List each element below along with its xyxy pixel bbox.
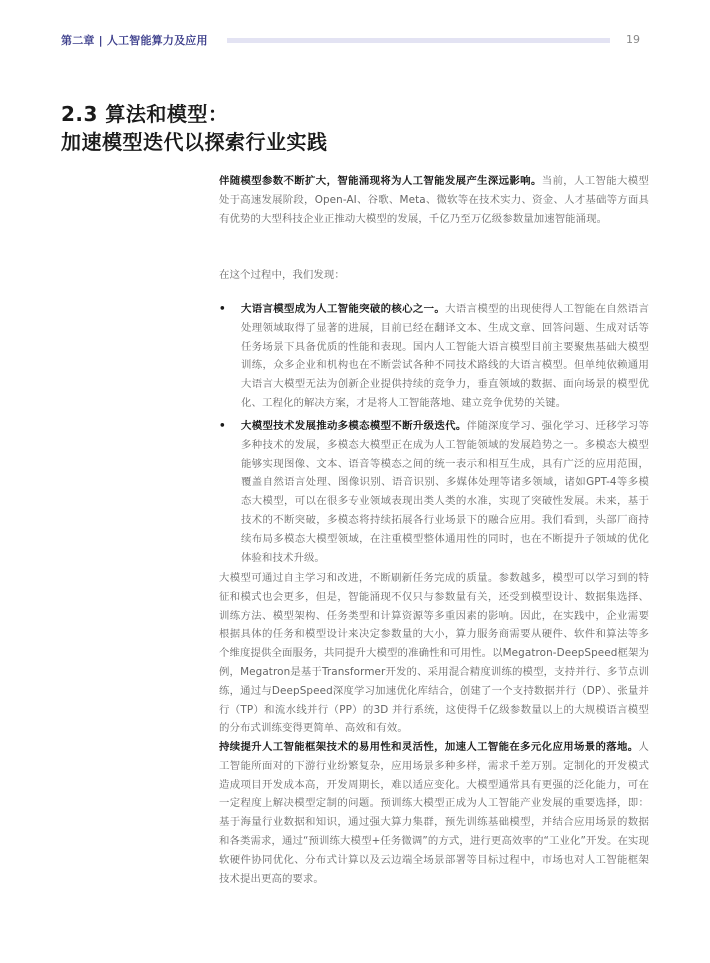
bullet-paragraph: •大模型技术发展推动多模态模型不断升级迭代。伴随深度学习、强化学习、迁移学习等多… bbox=[219, 417, 649, 567]
framework-text: 人工智能所面对的下游行业纷繁复杂，应用场景多种多样，需求千差万别。定制化的开发模… bbox=[219, 741, 649, 885]
chapter-label: 第二章 | 人工智能算力及应用 bbox=[61, 32, 208, 48]
framework-paragraph: 持续提升人工智能框架技术的易用性和灵活性，加速人工智能在多元化应用场景的落地。人… bbox=[219, 738, 649, 888]
body-text-block-4: 持续提升人工智能框架技术的易用性和灵活性，加速人工智能在多元化应用场景的落地。人… bbox=[219, 738, 649, 888]
header-divider-bar bbox=[227, 38, 610, 43]
bullet-list-item-2: •大模型技术发展推动多模态模型不断升级迭代。伴随深度学习、强化学习、迁移学习等多… bbox=[219, 417, 649, 567]
bullet-bold-lead: 大语言模型成为人工智能突破的核心之一。 bbox=[241, 303, 445, 315]
intro-bold-lead: 伴随模型参数不断扩大，智能涌现将为人工智能发展产生深远影响。 bbox=[219, 175, 542, 187]
page-number: 19 bbox=[626, 33, 640, 46]
body-text-block-3: 大模型可通过自主学习和改进，不断刷新任务完成的质量。参数越多，模型可以学习到的特… bbox=[219, 569, 649, 738]
bullet-text: 大语言模型的出现使得人工智能在自然语言处理领域取得了显著的进展，目前已经在翻译文… bbox=[241, 303, 649, 409]
bullet-dot-icon: • bbox=[219, 300, 226, 319]
bullet-dot-icon: • bbox=[219, 417, 226, 436]
bullet-paragraph: •大语言模型成为人工智能突破的核心之一。大语言模型的出现使得人工智能在自然语言处… bbox=[219, 300, 649, 413]
body-text-block-2: 在这个过程中，我们发现： bbox=[219, 266, 649, 285]
bullet-bold-lead: 大模型技术发展推动多模态模型不断升级迭代。 bbox=[241, 420, 467, 432]
findings-lead-paragraph: 在这个过程中，我们发现： bbox=[219, 266, 649, 285]
section-title: 2.3 算法和模型： 加速模型迭代以探索行业实践 bbox=[61, 100, 328, 156]
intro-paragraph: 伴随模型参数不断扩大，智能涌现将为人工智能发展产生深远影响。当前，人工智能大模型… bbox=[219, 172, 649, 228]
bullet-list-item-1: •大语言模型成为人工智能突破的核心之一。大语言模型的出现使得人工智能在自然语言处… bbox=[219, 300, 649, 413]
section-title-line-2: 加速模型迭代以探索行业实践 bbox=[61, 128, 328, 156]
framework-bold-lead: 持续提升人工智能框架技术的易用性和灵活性，加速人工智能在多元化应用场景的落地。 bbox=[219, 741, 639, 753]
bullet-text: 伴随深度学习、强化学习、迁移学习等多种技术的发展，多模态大模型正在成为人工智能领… bbox=[241, 420, 649, 564]
section-title-line-1: 2.3 算法和模型： bbox=[61, 100, 328, 128]
body-text-block-1: 伴随模型参数不断扩大，智能涌现将为人工智能发展产生深远影响。当前，人工智能大模型… bbox=[219, 172, 649, 228]
megatron-paragraph: 大模型可通过自主学习和改进，不断刷新任务完成的质量。参数越多，模型可以学习到的特… bbox=[219, 569, 649, 738]
page-header: 第二章 | 人工智能算力及应用 19 bbox=[61, 32, 640, 48]
